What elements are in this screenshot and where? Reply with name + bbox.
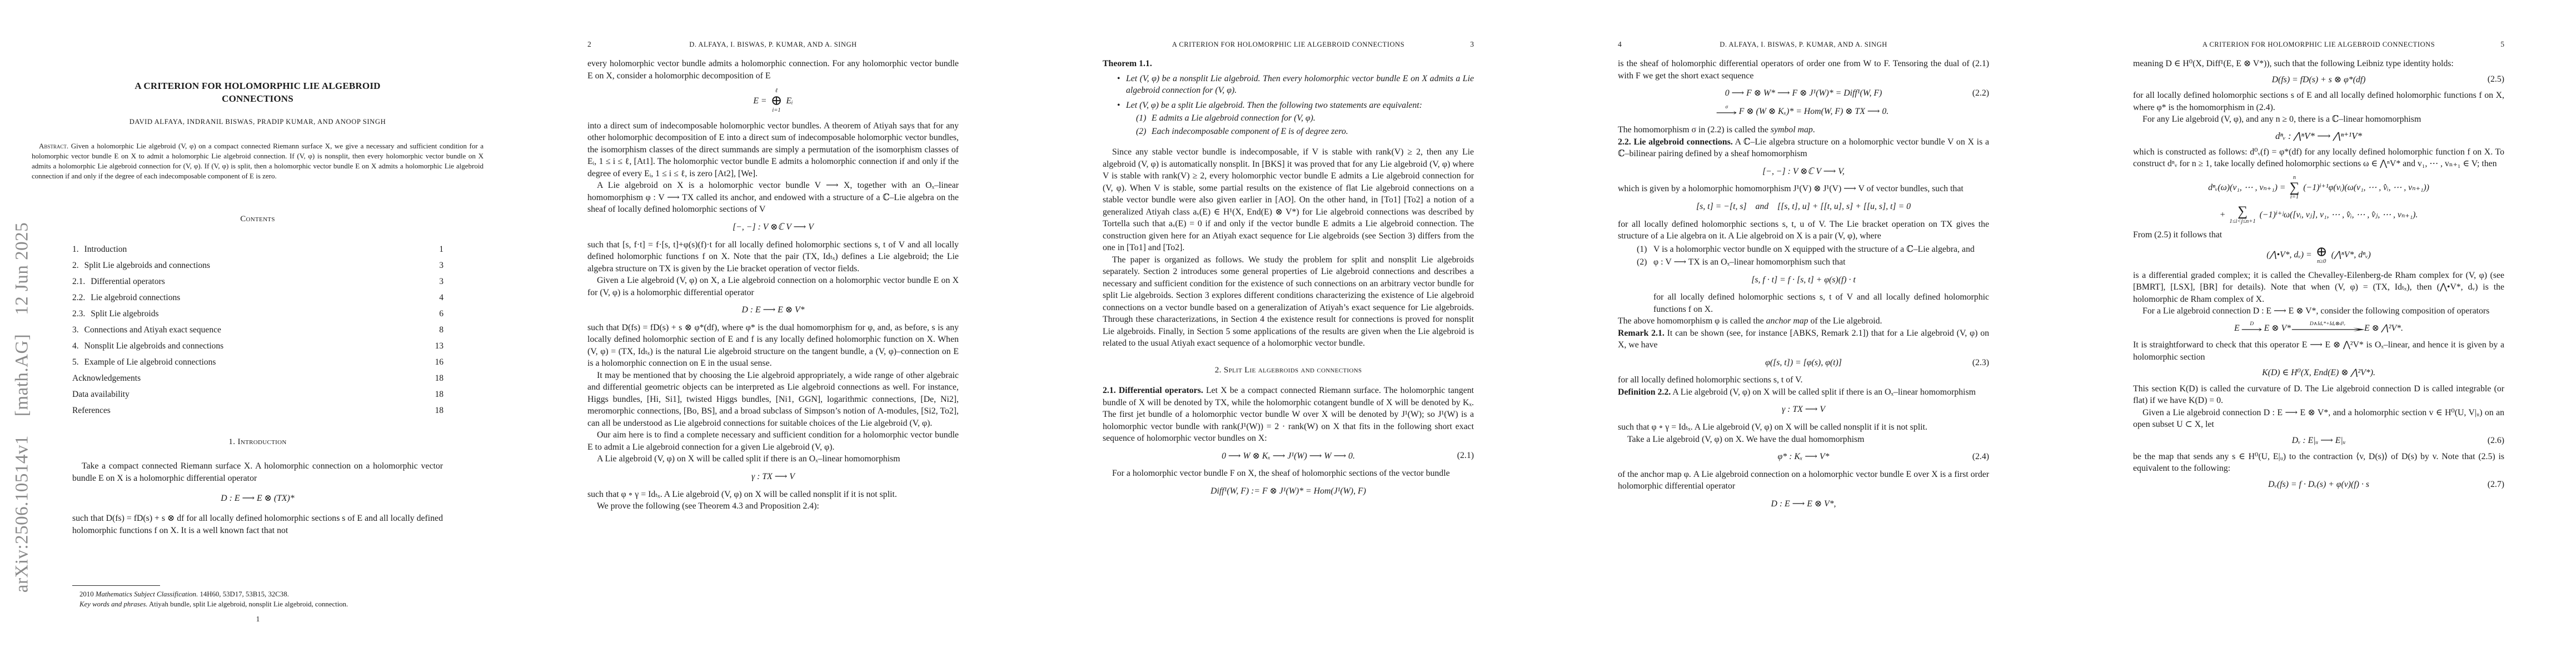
item-text: V is a holomorphic vector bundle on X eq… [1653, 243, 1989, 256]
display-equation: D : E ⟶ E ⊗ V*, [1618, 499, 1989, 510]
display-equation: E = ℓ⊕i=1 Eᵢ [587, 88, 959, 114]
display-equation: [−, −] : V ⊗ℂ V ⟶ V, [1618, 166, 1989, 177]
display-equation: D(fs) = fD(s) + s ⊗ φ*(df)(2.5) [2133, 74, 2504, 86]
intro-block: Take a compact connected Riemann surface… [72, 460, 443, 536]
toc-number: 5. [72, 354, 79, 370]
equation-body: [−, −] : V ⊗ℂ V ⟶ V [733, 222, 814, 233]
toc-page: 6 [425, 306, 444, 322]
paragraph: For a Lie algebroid connection D : E ⟶ E… [2133, 305, 2504, 317]
footnote-rule [72, 585, 160, 586]
equation-post: (⋀ⁿV*, dⁿᵥ) [2331, 250, 2371, 261]
display-equation: + ∑1≤i<j≤n+1 (−1)ⁱ⁺ʲω([vᵢ, vⱼ], v₁, ⋯ , … [2133, 205, 2504, 225]
toc-page: 18 [425, 402, 444, 419]
equation-body: γ : TX ⟶ V [1782, 404, 1825, 415]
display-equation: K(D) ∈ H⁰(X, End(E) ⊗ ⋀²V*). [2133, 367, 2504, 379]
arxiv-watermark: arXiv:2506.10514v1 [math.AG] 12 Jun 2025 [12, 222, 33, 593]
toc-label: Example of Lie algebroid connections [84, 354, 425, 370]
paragraph: Take a compact connected Riemann surface… [72, 460, 443, 484]
display-equation: (⋀•V*, dᵥ) = ⊕n≥0 (⋀ⁿV*, dⁿᵥ) [2133, 246, 2504, 265]
abstract-text: Given a holomorphic Lie algebroid (V, φ)… [32, 142, 484, 180]
labeled-arrow: D⟶ [2244, 322, 2260, 335]
paper-sheet: arXiv:2506.10514v1 [math.AG] 12 Jun 2025… [0, 0, 2576, 667]
equation-body: [−, −] : V ⊗ℂ V ⟶ V, [1762, 166, 1845, 177]
paragraph: A Lie algebroid on X is a holomorphic ve… [587, 180, 959, 216]
labeled-arrow: σ⟶ [1718, 105, 1735, 118]
equation-body: K(D) ∈ H⁰(X, End(E) ⊗ ⋀²V*). [2262, 367, 2375, 379]
footnote-italic: Mathematics Subject Classification. [96, 590, 198, 598]
toc-page: 3 [425, 273, 444, 290]
bullet-text: Let (V, φ) be a nonsplit Lie algebroid. … [1126, 73, 1474, 97]
item-text: φ : V ⟶ TX is an Oₓ–linear homomorphism … [1653, 256, 1989, 268]
enumerated-item: (2)Each indecomposable component of E is… [1103, 126, 1474, 138]
equation-post: (−1)ⁱ⁺ʲω([vᵢ, vⱼ], v₁, ⋯ , v̂ᵢ, ⋯ , v̂ⱼ,… [2260, 210, 2418, 221]
text-run: The above homomorphism φ is called the [1618, 316, 1766, 326]
item-text: Each indecomposable component of E is of… [1152, 126, 1474, 138]
paragraph: which is given by a holomorphic homomorp… [1618, 183, 1989, 195]
page-body: meaning D ∈ H⁰(X, Diff¹(E, E ⊗ V*)), suc… [2133, 58, 2504, 494]
definition-lead: Definition 2.2. [1618, 387, 1671, 397]
equation-post: (−1)ⁱ⁺¹φ(vᵢ)(ω(v₁, ⋯ , v̂ᵢ, ⋯ , vₙ₊₁)) [2303, 182, 2429, 193]
display-equation: dⁿᵥ : ⋀ⁿV* ⟶ ⋀ⁿ⁺¹V* [2133, 130, 2504, 142]
equation-body: D : E ⟶ E ⊗ V* [741, 305, 804, 316]
toc-page: 4 [425, 290, 444, 306]
paragraph: From (2.5) it follows that [2133, 229, 2504, 241]
equation-body: γ : TX ⟶ V [751, 471, 795, 482]
table-of-contents: 1.Introduction1 2.Split Lie algebroids a… [72, 241, 444, 419]
definition-text: A Lie algebroid (V, φ) on X will be call… [1671, 387, 1976, 397]
enumerated-item: (1)V is a holomorphic vector bundle on X… [1618, 243, 1989, 256]
oplus-icon: ⊕ [771, 94, 783, 108]
equation-pre: + [2220, 210, 2226, 221]
page-body: Theorem 1.1. •Let (V, φ) be a nonsplit L… [1103, 58, 1474, 502]
arrow-shaft-wrap: ⟶ [2295, 326, 2360, 335]
lower-limit: n≥0 [2317, 258, 2326, 265]
page-number: 1 [72, 614, 444, 624]
display-equation: φ([s, t]) = [φ(s), φ(t)](2.3) [1618, 357, 1989, 369]
running-head-title: D. ALFAYA, I. BISWAS, P. KUMAR, AND A. S… [602, 41, 944, 49]
paragraph: every holomorphic vector bundle admits a… [587, 58, 959, 82]
paragraph: such that D(fs) = fD(s) + s ⊗ df for all… [72, 512, 443, 536]
running-head: A CRITERION FOR HOLOMORPHIC LIE ALGEBROI… [1103, 40, 1474, 49]
paragraph: A Lie algebroid (V, φ) on X will be call… [587, 453, 959, 465]
toc-row: 3.Connections and Atiyah exact sequence8 [72, 322, 444, 338]
page-number: 5 [2490, 40, 2504, 49]
toc-label: Introduction [84, 241, 425, 257]
paragraph: Since any stable vector bundle is indeco… [1103, 146, 1474, 254]
equation-term: E ⊗ ⋀²V*. [2364, 323, 2403, 334]
bullet-text: Let (V, φ) be a split Lie algebroid. The… [1126, 99, 1474, 112]
equation-number: (2.1) [1457, 450, 1474, 461]
equation-term: E [2234, 323, 2240, 334]
display-equation: dⁿᵥ(ω)(v₁, ⋯ , vₙ₊₁) = n∑i=1 (−1)ⁱ⁺¹φ(vᵢ… [2133, 175, 2504, 201]
item-number: (1) [1637, 243, 1653, 256]
page-4: 4 D. ALFAYA, I. BISWAS, P. KUMAR, AND A.… [1546, 0, 2061, 667]
paragraph: Given a Lie algebroid (V, φ) on X, a Lie… [587, 275, 959, 298]
theorem-statement: •Let (V, φ) be a nonsplit Lie algebroid.… [1103, 73, 1474, 138]
display-equation: Diff¹(W, F) := F ⊗ J¹(W)* = Hom(J¹(W), F… [1103, 486, 1474, 497]
toc-label: Differential operators [91, 273, 425, 290]
paragraph: We prove the following (see Theorem 4.3 … [587, 500, 959, 512]
paragraph: The paper is organized as follows. We st… [1103, 254, 1474, 350]
toc-row: 5.Example of Lie algebroid connections16 [72, 354, 444, 370]
toc-row: References18 [72, 402, 444, 419]
toc-page: 16 [425, 354, 444, 370]
toc-row: 1.Introduction1 [72, 241, 444, 257]
equation-body: D : E ⟶ E ⊗ V*, [1771, 499, 1836, 510]
lower-limit: i=1 [772, 107, 780, 114]
abstract-label: Abstract. [39, 142, 68, 150]
equation-number: (2.7) [2488, 479, 2504, 490]
text-run: The homomorphism σ in (2.2) is called th… [1618, 125, 1771, 135]
equation-pre: dⁿᵥ(ω)(v₁, ⋯ , vₙ₊₁) = [2208, 182, 2285, 193]
toc-row: Data availability18 [72, 386, 444, 402]
page-2: 2 D. ALFAYA, I. BISWAS, P. KUMAR, AND A.… [515, 0, 1030, 667]
long-arrow-icon: ⟶ [2289, 326, 2366, 335]
toc-number: 4. [72, 338, 79, 354]
equation-number: (2.4) [1972, 451, 1989, 462]
equation-body: [s, f · t] = f · [s, t] + φ(s)(f) · t [1751, 275, 1856, 286]
equation-body: 0 ⟶ W ⊗ Kₓ ⟶ J¹(W) ⟶ W ⟶ 0. [1222, 451, 1355, 462]
equation-term: E ⊗ V* [2264, 323, 2291, 334]
paper-title: A CRITERION FOR HOLOMORPHIC LIE ALGEBROI… [113, 79, 402, 105]
subsection-lead: 2.1. Differential operators. [1103, 386, 1203, 395]
enumerated-item: (2)φ : V ⟶ TX is an Oₓ–linear homomorphi… [1618, 256, 1989, 268]
paragraph: for all locally defined holomorphic sect… [1618, 374, 1989, 386]
long-arrow-icon: ⟶ [2241, 326, 2263, 335]
equation-body: Dᵥ(fs) = f · Dᵥ(s) + φ(v)(f) · s [2268, 479, 2369, 490]
running-head-title: A CRITERION FOR HOLOMORPHIC LIE ALGEBROI… [1117, 41, 1459, 49]
display-equation: [s, f · t] = f · [s, t] + φ(s)(f) · t [1618, 275, 1989, 286]
labeled-arrow: D∧Idᵥ*+Idₑ⊗d¹ᵥ⟶ [2295, 322, 2360, 335]
toc-label: Split Lie algebroids [91, 306, 425, 322]
display-equation: [s, t] = −[t, s] and [[s, t], u] + [[t, … [1618, 201, 1989, 212]
equation-body: [s, t] = −[t, s] and [[s, t], u] + [[t, … [1696, 201, 1911, 212]
paragraph: such that φ ∘ γ = Idₜₓ. A Lie algebroid … [1618, 421, 1989, 434]
toc-number: 2.2. [72, 290, 85, 306]
paragraph: It may be mentioned that by choosing the… [587, 370, 959, 430]
subsection-paragraph: 2.2. Lie algebroid connections. A ℂ–Lie … [1618, 136, 1989, 160]
equation-body: φ* : Kₓ ⟶ V* [1778, 451, 1830, 462]
toc-label: Data availability [72, 386, 425, 402]
paragraph: meaning D ∈ H⁰(X, Diff¹(E, E ⊗ V*)), suc… [2133, 58, 2504, 70]
footnote-area: 2010 Mathematics Subject Classification.… [72, 585, 444, 624]
item-number: (2) [1136, 126, 1152, 138]
toc-label: Acknowledgements [72, 370, 425, 386]
direct-sum-operator: ℓ⊕i=1 [771, 88, 783, 114]
toc-label: Connections and Atiyah exact sequence [84, 322, 425, 338]
equation-post: Eᵢ [786, 96, 793, 107]
paragraph: such that [s, f·t] = f·[s, t]+φ(s)(f)·t … [587, 239, 959, 275]
toc-number: 1. [72, 241, 79, 257]
toc-row: Acknowledgements18 [72, 370, 444, 386]
long-arrow-icon: ⟶ [1716, 109, 1737, 118]
toc-page: 1 [425, 241, 444, 257]
display-equation: E D⟶ E ⊗ V* D∧Idᵥ*+Idₑ⊗d¹ᵥ⟶ E ⊗ ⋀²V*. [2133, 322, 2504, 335]
abstract: Abstract. Given a holomorphic Lie algebr… [32, 141, 484, 181]
sigma-icon: ∑ [2289, 181, 2299, 195]
paragraph: It is straightforward to check that this… [2133, 339, 2504, 363]
running-head: 4 D. ALFAYA, I. BISWAS, P. KUMAR, AND A.… [1618, 40, 1989, 49]
equation-number: (2.3) [1972, 357, 1989, 369]
equation-pre: (⋀•V*, dᵥ) = [2266, 250, 2311, 261]
page-number: 2 [587, 40, 602, 49]
sigma-icon: ∑ [2238, 205, 2248, 218]
remark-text: It can be shown (see, for instance [ABKS… [1618, 328, 1989, 350]
toc-label: Nonsplit Lie algebroids and connections [84, 338, 425, 354]
display-equation: 0 ⟶ W ⊗ Kₓ ⟶ J¹(W) ⟶ W ⟶ 0.(2.1) [1103, 451, 1474, 462]
paragraph: into a direct sum of indecomposable holo… [587, 120, 959, 180]
toc-row: 2.Split Lie algebroids and connections3 [72, 257, 444, 273]
toc-number: 2. [72, 257, 79, 273]
toc-row: 2.2.Lie algebroid connections4 [72, 290, 444, 306]
subsection-paragraph: 2.1. Differential operators. Let X be a … [1103, 385, 1474, 445]
toc-page: 18 [425, 370, 444, 386]
display-equation: φ* : Kₓ ⟶ V*(2.4) [1618, 451, 1989, 462]
display-equation: 0 ⟶ F ⊗ W* ⟶ F ⊗ J¹(W)* = Diff¹(W, F)(2.… [1618, 88, 1989, 99]
theorem-heading: Theorem 1.1. [1103, 58, 1474, 70]
display-equation: Dᵥ(fs) = f · Dᵥ(s) + φ(v)(f) · s(2.7) [2133, 479, 2504, 490]
display-equation: Dᵥ : E|ᵤ ⟶ E|ᵤ(2.6) [2133, 435, 2504, 446]
direct-sum-operator: ⊕n≥0 [2316, 246, 2328, 265]
paragraph: The homomorphism σ in (2.2) is called th… [1618, 124, 1989, 136]
paragraph: For any Lie algebroid (V, φ), and any n … [2133, 113, 2504, 126]
display-equation: γ : TX ⟶ V [587, 471, 959, 482]
section-1-heading: 1. Introduction [0, 437, 515, 447]
bullet-icon: • [1117, 99, 1126, 112]
item-text: E admits a Lie algebroid connection for … [1152, 112, 1474, 125]
toc-row: 2.3.Split Lie algebroids6 [72, 306, 444, 322]
equation-pre: E = [753, 96, 766, 107]
remark-lead: Remark 2.1. [1618, 328, 1665, 338]
toc-row: 2.1.Differential operators3 [72, 273, 444, 290]
footnote-text: Atiyah bundle, split Lie algebroid, nons… [148, 600, 348, 608]
toc-row: 4.Nonsplit Lie algebroids and connection… [72, 338, 444, 354]
paragraph: is the sheaf of holomorphic differential… [1618, 58, 1989, 82]
toc-page: 3 [425, 257, 444, 273]
paragraph: For a holomorphic vector bundle F on X, … [1103, 467, 1474, 480]
toc-number: 3. [72, 322, 79, 338]
footnote-keywords: Key words and phrases. Atiyah bundle, sp… [72, 600, 444, 610]
equation-body: D(fs) = fD(s) + s ⊗ φ*(df) [2272, 74, 2366, 86]
running-head-title: A CRITERION FOR HOLOMORPHIC LIE ALGEBROI… [2148, 41, 2490, 49]
paragraph: which is constructed as follows: d⁰ᵥ(f) … [2133, 146, 2504, 170]
toc-number: 2.1. [72, 273, 85, 290]
paragraph: of the anchor map φ. A Lie algebroid con… [1618, 469, 1989, 492]
equation-body: φ([s, t]) = [φ(s), φ(t)] [1765, 357, 1842, 369]
equation-body: dⁿᵥ : ⋀ⁿV* ⟶ ⋀ⁿ⁺¹V* [2275, 130, 2362, 142]
subsection-lead: 2.2. Lie algebroid connections. [1618, 137, 1733, 147]
arrow-shaft-wrap: ⟶ [2244, 326, 2260, 335]
paragraph: for all locally defined holomorphic sect… [1618, 218, 1989, 242]
toc-page: 8 [425, 322, 444, 338]
item-number: (1) [1136, 112, 1152, 125]
equation-body: D : E ⟶ E ⊗ (TX)* [221, 493, 294, 504]
page-1: arXiv:2506.10514v1 [math.AG] 12 Jun 2025… [0, 0, 515, 667]
text-run: . [1813, 125, 1815, 135]
lower-limit: i=1 [2290, 194, 2299, 201]
paper-authors: DAVID ALFAYA, INDRANIL BISWAS, PRADIP KU… [0, 118, 515, 126]
page-number: 3 [1459, 40, 1474, 49]
emphasized-term: symbol map [1771, 125, 1813, 135]
running-head: A CRITERION FOR HOLOMORPHIC LIE ALGEBROI… [2133, 40, 2504, 49]
summation-operator: n∑i=1 [2289, 175, 2299, 201]
paragraph: This section K(D) is called the curvatur… [2133, 383, 2504, 407]
text-run: of the Lie algebroid. [1808, 316, 1882, 326]
footnote-text: 14H60, 53D17, 53B15, 32C38. [198, 590, 289, 598]
running-head: 2 D. ALFAYA, I. BISWAS, P. KUMAR, AND A.… [587, 40, 959, 49]
summation-operator: ∑1≤i<j≤n+1 [2229, 205, 2255, 225]
toc-number: 2.3. [72, 306, 85, 322]
footnote-msc: 2010 Mathematics Subject Classification.… [72, 590, 444, 600]
equation-number: (2.5) [2488, 74, 2504, 85]
equation-number: (2.2) [1972, 88, 1989, 99]
equation-number: (2.6) [2488, 435, 2504, 446]
footnote-text: 2010 [79, 590, 96, 598]
paragraph: be the map that sends any s ∈ H⁰(U, E|ᵤ)… [2133, 451, 2504, 475]
definition-paragraph: Definition 2.2. A Lie algebroid (V, φ) o… [1618, 386, 1989, 399]
page-number: 4 [1618, 40, 1632, 49]
toc-label: References [72, 402, 425, 419]
emphasized-term: anchor map [1766, 316, 1808, 326]
paragraph: such that D(fs) = fD(s) + s ⊗ φ*(df), wh… [587, 322, 959, 370]
arrow-shaft-wrap: ⟶ [1718, 109, 1735, 118]
page-body: is the sheaf of holomorphic differential… [1618, 58, 1989, 516]
paragraph: The above homomorphism φ is called the a… [1618, 315, 1989, 327]
footnote-italic: Key words and phrases. [79, 600, 148, 608]
enumerated-item: (1)E admits a Lie algebroid connection f… [1103, 112, 1474, 125]
toc-label: Split Lie algebroids and connections [84, 257, 425, 273]
display-equation: γ : TX ⟶ V [1618, 404, 1989, 415]
toc-page: 13 [425, 338, 444, 354]
display-equation: D : E ⟶ E ⊗ V* [587, 305, 959, 316]
item-number: (2) [1637, 256, 1653, 268]
display-equation: [−, −] : V ⊗ℂ V ⟶ V [587, 222, 959, 233]
paragraph: Given a Lie algebroid connection D : E ⟶… [2133, 407, 2504, 431]
display-equation: D : E ⟶ E ⊗ (TX)* [72, 493, 443, 504]
equation-body: 0 ⟶ F ⊗ W* ⟶ F ⊗ J¹(W)* = Diff¹(W, F) [1725, 88, 1882, 99]
remark-paragraph: Remark 2.1. It can be shown (see, for in… [1618, 327, 1989, 351]
bullet-icon: • [1117, 73, 1126, 97]
paragraph: Our aim here is to find a complete neces… [587, 429, 959, 453]
oplus-icon: ⊕ [2316, 246, 2328, 259]
toc-page: 18 [425, 386, 444, 402]
bullet-item: •Let (V, φ) be a nonsplit Lie algebroid.… [1103, 73, 1474, 97]
page-3: A CRITERION FOR HOLOMORPHIC LIE ALGEBROI… [1030, 0, 1546, 667]
item-continuation: for all locally defined holomorphic sect… [1618, 291, 1989, 315]
equation-body: Diff¹(W, F) := F ⊗ J¹(W)* = Hom(J¹(W), F… [1210, 486, 1366, 497]
display-equation: σ⟶ F ⊗ (W ⊗ Kₓ)* = Hom(W, F) ⊗ TX ⟶ 0. [1618, 105, 1989, 118]
bullet-item: •Let (V, φ) be a split Lie algebroid. Th… [1103, 99, 1474, 112]
section-2-heading: 2. Split Lie algebroids and connections [1103, 364, 1474, 376]
equation-body: Dᵥ : E|ᵤ ⟶ E|ᵤ [2292, 435, 2346, 446]
paragraph: is a differential graded complex; it is … [2133, 270, 2504, 306]
running-head-title: D. ALFAYA, I. BISWAS, P. KUMAR, AND A. S… [1632, 41, 1975, 49]
contents-heading: Contents [0, 215, 515, 224]
toc-label: Lie algebroid connections [91, 290, 425, 306]
paragraph: for all locally defined holomorphic sect… [2133, 89, 2504, 113]
page-body: every holomorphic vector bundle admits a… [587, 58, 959, 512]
page-5: A CRITERION FOR HOLOMORPHIC LIE ALGEBROI… [2061, 0, 2576, 667]
equation-body: F ⊗ (W ⊗ Kₓ)* = Hom(W, F) ⊗ TX ⟶ 0. [1739, 106, 1889, 117]
paragraph: Take a Lie algebroid (V, φ) on X. We hav… [1618, 434, 1989, 446]
lower-limit: 1≤i<j≤n+1 [2229, 218, 2255, 225]
paragraph: such that φ ∘ γ = Idₜₓ. A Lie algebroid … [587, 489, 959, 501]
